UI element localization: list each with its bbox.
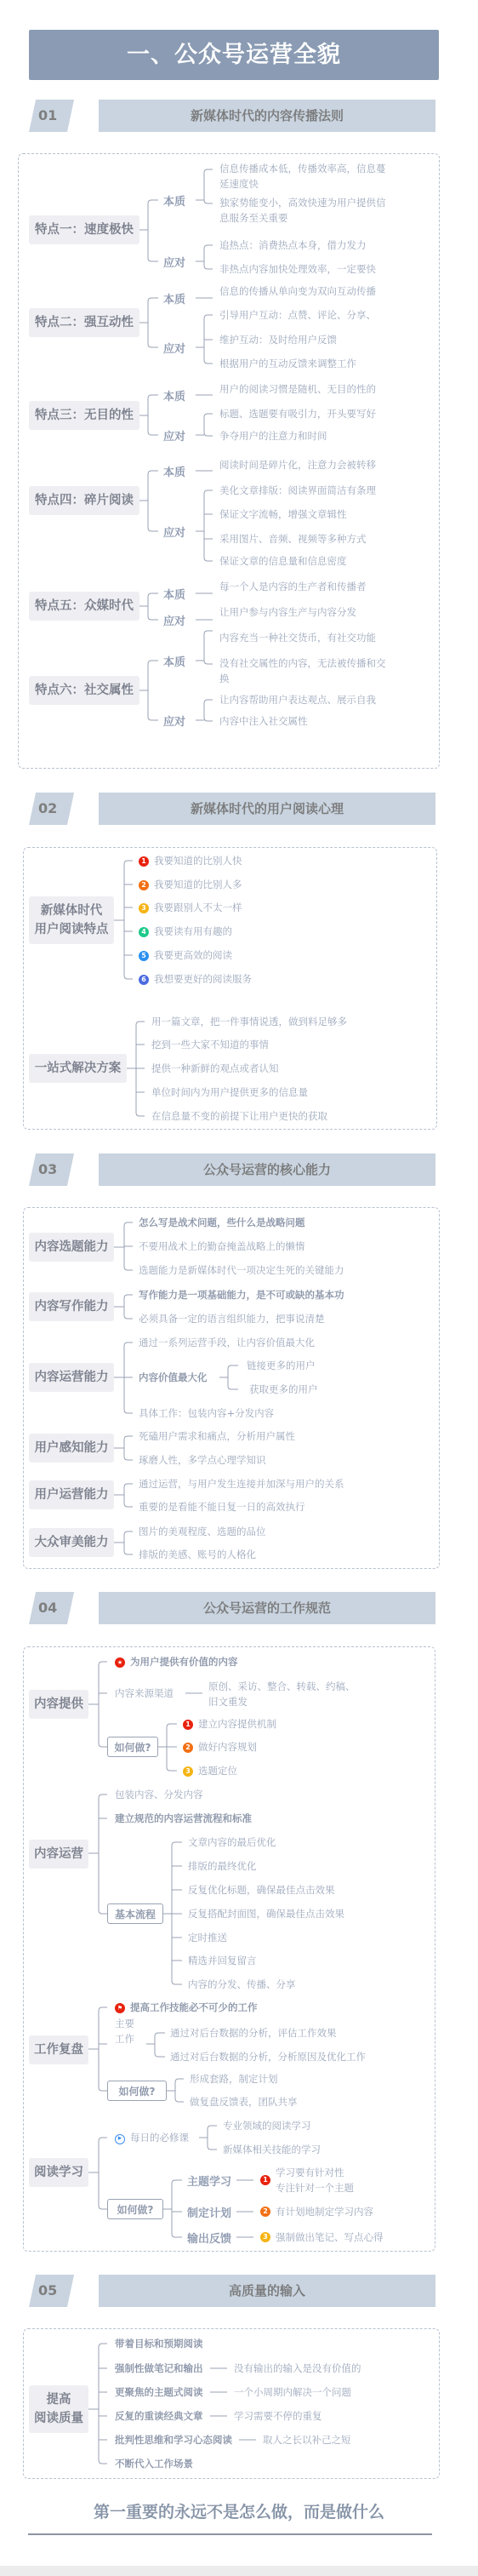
number-badge-icon: 3: [260, 2232, 270, 2242]
ability-item: 图片的美观程度、选题的品位: [139, 1524, 266, 1539]
number-badge-icon: 1: [139, 856, 149, 867]
response-item: 维护互动：及时给用户反馈: [219, 332, 337, 347]
content-ops-root: 内容运营: [29, 1840, 88, 1869]
flag-icon: ⚑: [115, 2003, 125, 2013]
quality-item: 带着目标和预期阅读: [115, 2336, 203, 2351]
ability-node: 内容写作能力: [29, 1292, 114, 1321]
daily-course-item: 新媒体相关技能的学习: [223, 2142, 321, 2157]
ability-item: 通过一系列运营手段，让内容价值最大化: [139, 1335, 315, 1350]
response-item: 非热点内容加快处理效率，一定要快: [219, 261, 376, 277]
number-badge-icon: 3: [139, 903, 149, 913]
feature-node: 特点一：速度极快: [29, 215, 139, 244]
key-point: ⚑提高工作技能必不可少的工作: [115, 2000, 258, 2015]
ability-item: 排版的美感、账号的人格化: [139, 1547, 256, 1562]
flow-step: 反复搭配封面图，确保最佳点击效果: [188, 1906, 344, 1921]
ability-subitem: 链接更多的用户: [247, 1358, 316, 1373]
how-item: 3选题定位: [183, 1763, 237, 1778]
ability-node: 用户感知能力: [29, 1434, 114, 1463]
main-work-label: 主要工作: [115, 2016, 134, 2046]
quality-item: 批判性思维和学习心态阅读: [115, 2432, 232, 2447]
essence-label: 本质: [163, 463, 185, 479]
essence-item: 信息传播成本低，传播效率高，信息蔓延速度快: [219, 161, 390, 192]
response-item: 引导用户互动：点赞、评论、分享、: [219, 307, 376, 323]
basic-flow-box: 基本流程: [107, 1903, 163, 1924]
ability-item: 怎么写是战术问题，些什么是战略问题: [139, 1215, 305, 1230]
response-label: 应对: [163, 427, 185, 444]
one-stop-item: 挖到一些大家不知道的事情: [151, 1037, 269, 1052]
ability-node: 内容运营能力: [29, 1363, 114, 1392]
how-to-box: 如何做?: [107, 2081, 167, 2101]
study-method-item: 强制做出笔记、写点心得3: [260, 2230, 384, 2245]
essence-item: 没有社交属性的内容，无法被传播和交换: [219, 655, 390, 686]
response-label: 应对: [163, 713, 185, 729]
flow-step: 精选并回复留言: [188, 1953, 257, 1968]
reading-trait-item: 5我要更高效的阅读: [139, 947, 232, 963]
flow-step: 排版的最终优化: [188, 1858, 257, 1874]
essence-item: 独家势能变小，高效快速为用户提供信息服务至关重要: [219, 195, 390, 226]
number-badge-icon: 2: [260, 2207, 270, 2217]
response-item: 保证文章的信息量和信息密度: [219, 553, 347, 569]
study-method-label: 输出反馈: [187, 2230, 231, 2246]
quality-note: 没有输出的输入是没有价值的: [234, 2361, 361, 2376]
number-badge-icon: 6: [139, 975, 149, 985]
how-to-box: 如何做?: [107, 2199, 163, 2219]
quality-note: 一个小周期内解决一个问题: [234, 2384, 351, 2400]
study-method-label: 主题学习: [187, 2172, 231, 2189]
essence-label: 本质: [163, 586, 185, 602]
ability-subitem: 获取更多的用户: [249, 1382, 318, 1397]
essence-label: 本质: [163, 387, 185, 404]
feature-node: 特点六：社交属性: [29, 676, 139, 705]
response-item: 追热点：消费热点本身，借力发力: [219, 238, 367, 253]
quality-item: 强制性做笔记和输出: [115, 2361, 203, 2376]
quality-item: 反复的重读经典文章: [115, 2408, 203, 2424]
how-to-box: 如何做?: [107, 1737, 158, 1757]
reading-quality-root: 提高阅读质量: [29, 2385, 88, 2433]
ability-item: 内容价值最大化: [139, 1370, 208, 1385]
essence-item: 内容充当一种社交货币，有社交功能: [219, 630, 376, 645]
reading-trait-item: 6我想要更好的阅读服务: [139, 971, 252, 987]
response-item: 保证文字流畅，增强文章辑性: [219, 507, 347, 522]
number-badge-icon: 1: [260, 2175, 270, 2185]
essence-label: 本质: [163, 653, 185, 669]
response-label: 应对: [163, 340, 185, 356]
how-item: 形成套路，制定计划: [190, 2071, 278, 2087]
essence-label: 本质: [163, 192, 185, 209]
number-badge-icon: 4: [139, 927, 149, 937]
source-label: 内容来源渠道: [115, 1686, 174, 1701]
infographic-page: 一、公众号运营全貌 01 新媒体时代的内容传播法则 02 新媒体时代的用户阅读心…: [0, 0, 478, 2566]
content-ops-item: 包装内容、分发内容: [115, 1787, 203, 1802]
quality-item: 更聚焦的主题式阅读: [115, 2384, 203, 2400]
number-badge-icon: 5: [139, 951, 149, 961]
ability-item: 不要用战术上的勤奋掩盖战略上的懒惰: [139, 1239, 305, 1254]
response-item: 采用图片、音频、视频等多种方式: [219, 531, 367, 547]
response-item: 根据用户的互动反馈来调整工作: [219, 356, 356, 371]
response-item: 标题、选题要有吸引力，开头要写好: [219, 406, 376, 421]
daily-course-item: 专业领域的阅读学习: [223, 2118, 311, 2133]
essence-item: 用户的阅读习惯是随机、无目的性的: [219, 381, 376, 397]
how-item: 1建立内容提供机制: [183, 1716, 276, 1732]
reading-trait-item: 2我要知道的比别人多: [139, 877, 242, 892]
response-label: 应对: [163, 254, 185, 270]
ability-item: 死磕用户需求和痛点，分析用户属性: [139, 1428, 295, 1444]
essence-item: 信息的传播从单向变为双向互动传播: [219, 283, 376, 299]
response-item: 让内容帮助用户表达观点、展示自我: [219, 692, 376, 707]
ability-item: 通过运营，与用户发生连接并加深与用户的关系: [139, 1476, 344, 1491]
feature-node: 特点二：强互动性: [29, 308, 139, 337]
one-stop-item: 在信息量不变的前提下让用户更快的获取: [151, 1108, 327, 1124]
source-value: 原创、采访、整合、转载、约稿、旧文重发: [208, 1679, 356, 1709]
number-badge-icon: 1: [183, 1720, 193, 1730]
how-item: 做复盘反馈表，团队共享: [190, 2094, 298, 2109]
flow-step: 反复优化标题，确保最佳点击效果: [188, 1882, 335, 1898]
bottom-strip: [0, 2566, 478, 2576]
response-label: 应对: [163, 612, 185, 628]
one-stop-item: 单位时间内为用户提供更多的信息量: [151, 1085, 308, 1100]
ability-item: 琢磨人性，多学点心理学知识: [139, 1452, 266, 1468]
response-label: 应对: [163, 524, 185, 540]
work-review-root: 工作复盘: [29, 2035, 88, 2064]
reading-trait-item: 4我要读有用有趣的: [139, 924, 232, 939]
reading-traits-root: 新媒体时代用户阅读特点: [29, 896, 114, 944]
feature-node: 特点三：无目的性: [29, 401, 139, 430]
one-stop-item: 提供一种新鲜的观点或者认知: [151, 1061, 279, 1076]
ability-item: 选题能力是新媒体时代一项决定生死的关键能力: [139, 1262, 344, 1278]
reading-trait-item: 1我要知道的比别人快: [139, 853, 242, 868]
quality-note: 学习需要不停的重复: [234, 2408, 322, 2424]
one-stop-root: 一站式解决方案: [29, 1054, 127, 1083]
study-method-label: 制定计划: [187, 2204, 231, 2220]
content-supply-root: 内容提供: [29, 1690, 88, 1719]
essence-label: 本质: [163, 290, 185, 306]
key-point: ★为用户提供有价值的内容: [115, 1654, 238, 1669]
ability-item: 具体工作：包装内容+分发内容: [139, 1405, 274, 1421]
play-icon: ▸: [115, 2134, 125, 2144]
flow-step: 文章内容的最后优化: [188, 1835, 276, 1850]
feature-node: 特点五：众媒时代: [29, 592, 139, 621]
response-item: 让用户参与内容生产与内容分发: [219, 604, 356, 620]
study-method-item: 有计划地制定学习内容2: [260, 2204, 373, 2219]
ability-item: 重要的是看能不能日复一日的高效执行: [139, 1499, 305, 1514]
one-stop-item: 用一篇文章，把一件事情说透，做到料足够多: [151, 1014, 347, 1029]
star-icon: ★: [115, 1657, 125, 1668]
essence-item: 阅读时间是碎片化，注意力会被转移: [219, 457, 376, 472]
quality-item: 不断代入工作场景: [115, 2456, 193, 2471]
footer-title: 第一重要的永远不是怎么做，而是做什么: [0, 2499, 478, 2522]
study-method-item: 学习要有针对性专注针对一个主题1: [260, 2165, 354, 2195]
ability-item: 写作能力是一项基础能力，是不可或缺的基本功: [139, 1287, 344, 1302]
number-badge-icon: 3: [183, 1766, 193, 1777]
ability-node: 大众审美能力: [29, 1528, 114, 1557]
footer-divider: [28, 2533, 432, 2535]
ability-item: 必须具备一定的语言组织能力，把事说清楚: [139, 1311, 325, 1326]
quality-note: 取人之长以补己之短: [263, 2432, 351, 2447]
response-item: 美化文章排版：阅读界面简洁有条理: [219, 483, 376, 498]
flow-step: 定时推送: [188, 1930, 227, 1945]
response-item: 争夺用户的注意力和时间: [219, 428, 327, 444]
feature-node: 特点四：碎片阅读: [29, 486, 139, 515]
response-item: 内容中注入社交属性: [219, 713, 308, 729]
content-ops-item: 建立规范的内容运营流程和标准: [115, 1811, 252, 1826]
essence-item: 每一个人是内容的生产者和传播者: [219, 579, 367, 594]
number-badge-icon: 2: [183, 1743, 193, 1753]
reading-study-root: 阅读学习: [29, 2158, 88, 2187]
main-work-item: 通过对后台数据的分析，分析原因及优化工作: [170, 2049, 366, 2064]
how-item: 2做好内容规划: [183, 1739, 257, 1755]
ability-node: 内容选题能力: [29, 1233, 114, 1262]
ability-node: 用户运营能力: [29, 1480, 114, 1509]
daily-course-label: ▸每日的必修课: [115, 2130, 189, 2145]
reading-trait-item: 3我要跟别人不太一样: [139, 900, 242, 915]
number-badge-icon: 2: [139, 880, 149, 890]
flow-step: 内容的分发、传播、分享: [188, 1977, 296, 1992]
main-work-item: 通过对后台数据的分析，评估工作效果: [170, 2025, 337, 2041]
